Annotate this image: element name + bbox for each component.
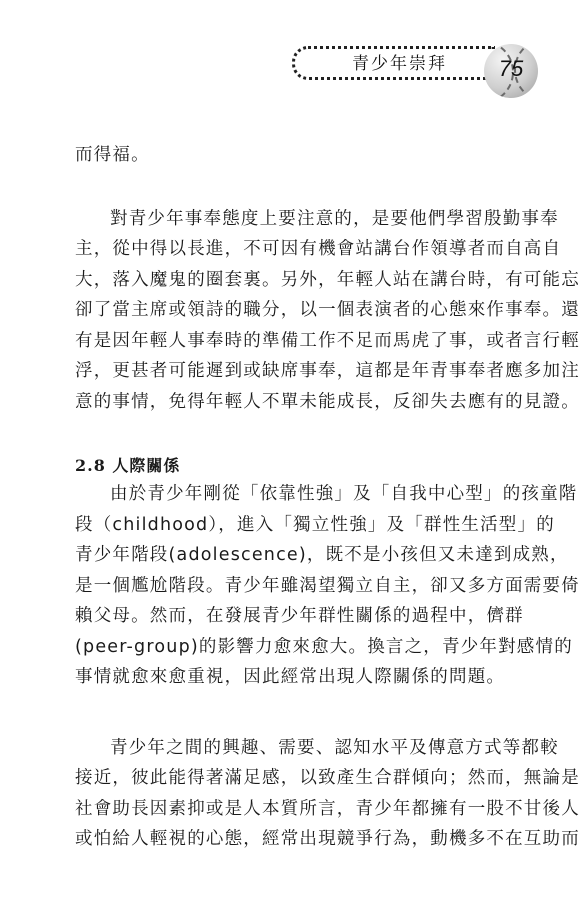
text-line: 而得福。: [75, 140, 510, 171]
running-header: 青少年崇拜 75: [288, 40, 558, 108]
text-line: (peer-group)的影響力愈來愈大。換言之，青少年對感情的: [75, 632, 510, 663]
text-line: 青少年階段(adolescence)，既不是小孩但又未達到成熟，: [75, 540, 510, 571]
text-line: 社會助長因素抑或是人本質所言，青少年都擁有一股不甘後人: [75, 794, 510, 825]
paragraph-service-attitude: 對青少年事奉態度上要注意的，是要他們學習殷勤事奉 主，從中得以長進，不可因有機會…: [75, 204, 510, 418]
section-title: 人際關係: [112, 456, 180, 475]
text-line: 青少年之間的興趣、需要、認知水平及傳意方式等都較: [75, 733, 510, 764]
paragraph-spacer: [75, 693, 510, 733]
text-line: 由於青少年剛從「依靠性強」及「自我中心型」的孩童階: [75, 479, 510, 510]
page-number: 75: [484, 56, 538, 82]
paragraph-continuation: 而得福。: [75, 140, 510, 171]
baseball-icon: 75: [484, 44, 538, 98]
page-body: 而得福。 對青少年事奉態度上要注意的，是要他們學習殷勤事奉 主，從中得以長進，不…: [75, 140, 510, 855]
text-line: 賴父母。然而，在發展青少年群性關係的過程中，儕群: [75, 601, 510, 632]
text-line: 是一個尷尬階段。青少年雖渴望獨立自主，卻又多方面需要倚: [75, 571, 510, 602]
text-line: 對青少年事奉態度上要注意的，是要他們學習殷勤事奉: [75, 204, 510, 235]
paragraph-spacer: [75, 171, 510, 204]
text-line: 事情就愈來愈重視，因此經常出現人際關係的問題。: [75, 662, 510, 693]
section-spacer: [75, 417, 510, 453]
text-line: 主，從中得以長進，不可因有機會站講台作領導者而自高自: [75, 234, 510, 265]
section-heading: 2.8 人際關係: [75, 453, 510, 479]
paragraph-interpersonal: 由於青少年剛從「依靠性強」及「自我中心型」的孩童階 段（childhood），進…: [75, 479, 510, 693]
text-line: 卻了當主席或領詩的職分，以一個表演者的心態來作事奉。還: [75, 295, 510, 326]
text-line: 接近，彼此能得著滿足感，以致產生合群傾向；然而，無論是: [75, 763, 510, 794]
text-line: 有是因年輕人事奉時的準備工作不足而馬虎了事，或者言行輕: [75, 326, 510, 357]
text-line: 段（childhood），進入「獨立性強」及「群性生活型」的: [75, 510, 510, 541]
section-number: 2.8: [75, 456, 106, 475]
text-line: 浮，更甚者可能遲到或缺席事奉，這都是年青事奉者應多加注: [75, 356, 510, 387]
text-line: 大，落入魔鬼的圈套裏。另外，年輕人站在講台時，有可能忘: [75, 265, 510, 296]
paragraph-peer-relations: 青少年之間的興趣、需要、認知水平及傳意方式等都較 接近，彼此能得著滿足感，以致產…: [75, 733, 510, 855]
text-line: 意的事情，免得年輕人不單未能成長，反卻失去應有的見證。: [75, 387, 510, 418]
running-title: 青少年崇拜: [352, 49, 447, 74]
text-line: 或怕給人輕視的心態，經常出現競爭行為，動機多不在互助而: [75, 824, 510, 855]
